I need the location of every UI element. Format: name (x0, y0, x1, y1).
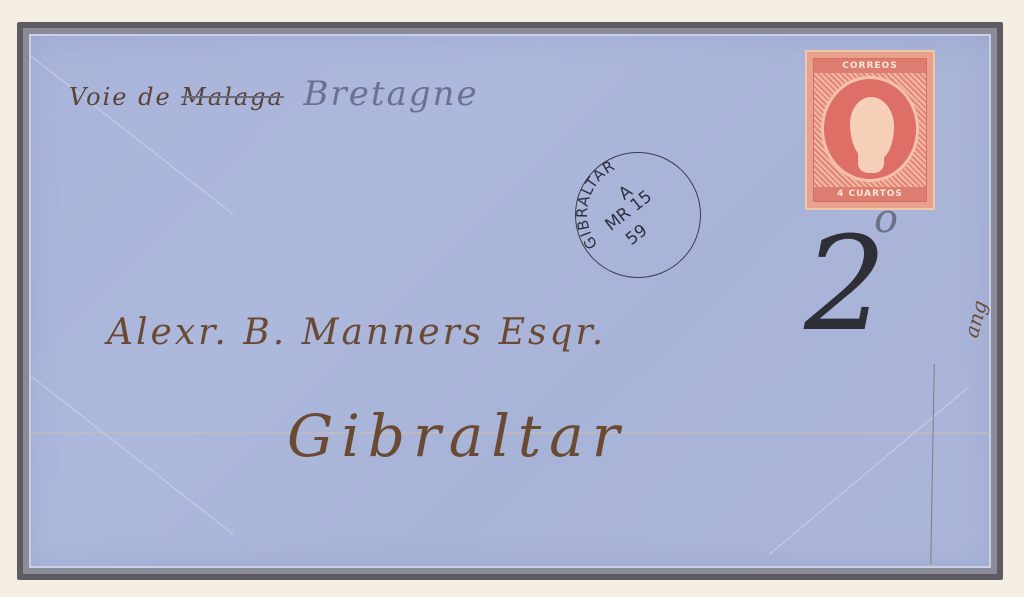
addressee-name: Alexr. B. Manners Esqr. (107, 312, 606, 353)
portrait-neck (858, 149, 884, 173)
postmark-cancel: GIBRALTAR A MR 15 59 (575, 152, 701, 278)
route-struck-word: Malaga (181, 83, 284, 111)
stamp-value-label: 4 CUARTOS (814, 187, 926, 201)
route-endorsement: Voie de Malaga Bretagne (69, 74, 479, 114)
postage-stamp: CORREOS 4 CUARTOS (807, 52, 933, 208)
due-marking-large: 2 (804, 219, 887, 349)
stamp-engraving: CORREOS 4 CUARTOS (813, 58, 927, 202)
route-pencil-word: Bretagne (303, 74, 478, 114)
svg-text:GIBRALTAR: GIBRALTAR (576, 156, 618, 252)
stamp-top-label: CORREOS (814, 59, 926, 73)
diagonal-fold-bottom-right (769, 387, 969, 555)
margin-pencil-line (930, 364, 934, 564)
route-prefix: Voie de (69, 83, 172, 111)
stamp-portrait-oval (824, 79, 916, 179)
postmark-town: GIBRALTAR (576, 156, 618, 252)
address-city: Gibraltar (287, 402, 627, 470)
side-note: ang (959, 298, 991, 341)
diagonal-fold-bottom-left (29, 374, 234, 535)
folded-letter-cover: Voie de Malaga Bretagne CORREOS 4 CUARTO… (29, 34, 991, 568)
